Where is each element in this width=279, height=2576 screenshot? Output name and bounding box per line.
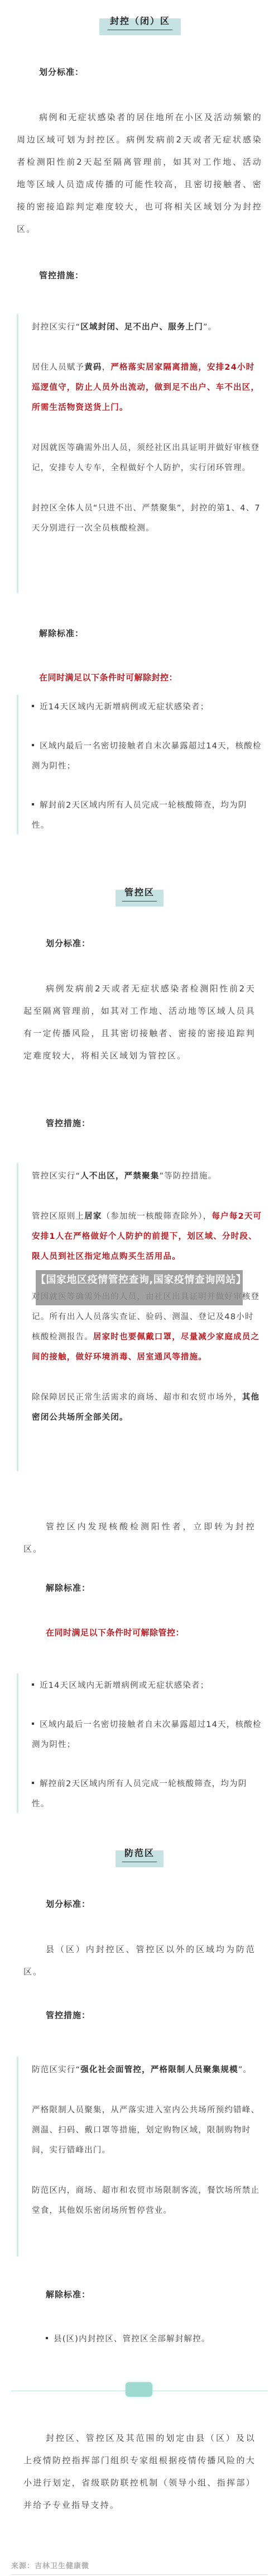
section-header-control-zone: 管控区: [116, 890, 163, 907]
measure-paragraph: 严格限制人员聚集，从严落实进入室内公共场所预约错峰、测温、扫码、戴口罩等措施，划…: [32, 2100, 262, 2160]
release-list: 近14天区域内无新增病例或无症状感染者； 区域内最后一名密切接触者自末次暴露超过…: [17, 1673, 262, 1813]
measures-blockquote: 管控区实行“人不出区，严禁聚集”等防控措施。 管控区原则上居家（参加统一核酸筛查…: [17, 1163, 262, 1471]
list-item: 近14天区域内无新增病例或无症状感染者；: [32, 697, 262, 717]
bullet-icon: [32, 803, 34, 805]
after-note: 管控区内发现核酸检测阳性者，立即转为封控区。: [23, 1515, 256, 1560]
list-item: 解封前2天区域内所有人员完成一轮核酸筛查，均为阴性。: [32, 795, 262, 836]
measure-paragraph: 管控区实行“人不出区，严禁聚集”等防控措施。: [32, 1166, 262, 1186]
section-title: 封控（闭）区: [108, 15, 172, 30]
measures-blockquote: 封控区实行“区域封闭、足不出户、服务上门”。 居住人员赋予黄码，严格落实居家隔离…: [17, 314, 262, 593]
section-title: 管控区: [122, 886, 157, 901]
measure-paragraph: 居住人员赋予黄码，严格落实居家隔离措施，安排24小时巡逻值守，防止人员外出流动，…: [32, 357, 262, 418]
release-label: 解除标准：: [46, 2288, 90, 2300]
release-condition: 在同时满足以下条件时可解除管控：: [46, 1626, 184, 1638]
overlay-title-banner: 【国家地区疫情管控查询,国家疫情查询网站】: [36, 1270, 243, 1305]
measure-paragraph: 防范区内，商场、超市和农贸市场限制客流，餐饮场所禁止堂食，其他娱乐密闭场所暂停营…: [32, 2181, 262, 2221]
release-list: 近14天区域内无新增病例或无症状感染者； 区域内最后一名密切接触者自末次暴露超过…: [17, 695, 262, 834]
bullet-icon: [46, 2337, 48, 2339]
bullet-icon: [32, 744, 34, 746]
measure-paragraph: 管控区原则上居家（参加统一核酸筛查除外），每户每2天可安排1人在严格做好个人防护…: [32, 1206, 262, 1267]
list-item: 解控前2天区域内所有人员完成一轮核酸筛查，均为阴性。: [32, 1774, 262, 1814]
criteria-label: 划分标准：: [46, 1898, 90, 1910]
section-header-lockdown-zone: 封控（闭）区: [99, 18, 181, 35]
footer-divider: [11, 2574, 268, 2575]
list-item: 区域内最后一名密切接触者自末次暴露超过14天，核酸检测为阴性；: [32, 1715, 262, 1755]
list-item: 区域内最后一名密切接触者自末次暴露超过14天，核酸检测为阴性；: [32, 736, 262, 776]
section-title: 防范区: [122, 1847, 157, 1862]
measures-label: 管控措施：: [46, 2009, 90, 2021]
release-condition: 在同时满足以下条件时可解除封控：: [39, 671, 177, 683]
criteria-label: 划分标准：: [39, 66, 84, 78]
measures-label: 管控措施：: [46, 1117, 90, 1129]
measure-paragraph: 封控区全体人员“只进不出、严禁聚集”，封控的第1、4、7天分别进行一次全员核酸检…: [32, 498, 262, 538]
criteria-label: 划分标准：: [46, 937, 90, 949]
list-item: 县(区)内封控区、管控区全部解封解控。: [46, 2329, 258, 2349]
release-label: 解除标准：: [46, 1582, 90, 1594]
closing-paragraph: 封控区、管控区及其范围的划定由县（区）及以上疫情防控指挥部门组织专家组根据疫情传…: [23, 2427, 256, 2516]
section-header-prevention-zone: 防范区: [116, 1850, 163, 1867]
bullet-icon: [32, 1723, 34, 1725]
measure-paragraph: 防范区实行“强化社会面管控，严格限制人员聚集规模”。: [32, 2060, 262, 2080]
criteria-paragraph: 病例和无症状感染者的居住地所在小区及活动频繁的周边区域可划为封控区。病例发病前2…: [17, 106, 262, 240]
measure-paragraph: 封控区实行“区域封闭、足不出户、服务上门”。: [32, 317, 262, 337]
measures-blockquote: 防范区实行“强化社会面管控，严格限制人员聚集规模”。 严格限制人员聚集，从严落实…: [17, 2057, 262, 2257]
measure-paragraph: 除保障居民正常生活需求的商场、超市和农贸市场外，其他密闭公共场所全部关闭。: [32, 1387, 262, 1428]
list-item: 近14天区域内无新增病例或无症状感染者；: [32, 1676, 262, 1696]
release-label: 解除标准：: [39, 627, 84, 639]
bullet-icon: [32, 1782, 34, 1784]
criteria-paragraph: 县（区）内封控区、管控区以外的区域均为防范区。: [23, 1938, 256, 1983]
bullet-icon: [32, 1683, 34, 1686]
measure-paragraph: 对因就医等确需外出人员，须经社区出具证明并做好审核登记，安排专人专车，全程做好个…: [32, 438, 262, 478]
measures-label: 管控措施：: [39, 269, 84, 281]
divider-ornament: [126, 2382, 152, 2397]
source-credit: 来源：吉林卫生健康微: [11, 2560, 89, 2570]
bullet-icon: [32, 705, 34, 707]
criteria-paragraph: 病例发病前2天或者无症状感染者检测阳性前2天起至隔离管理前，如其对工作地、活动地…: [23, 977, 256, 1067]
